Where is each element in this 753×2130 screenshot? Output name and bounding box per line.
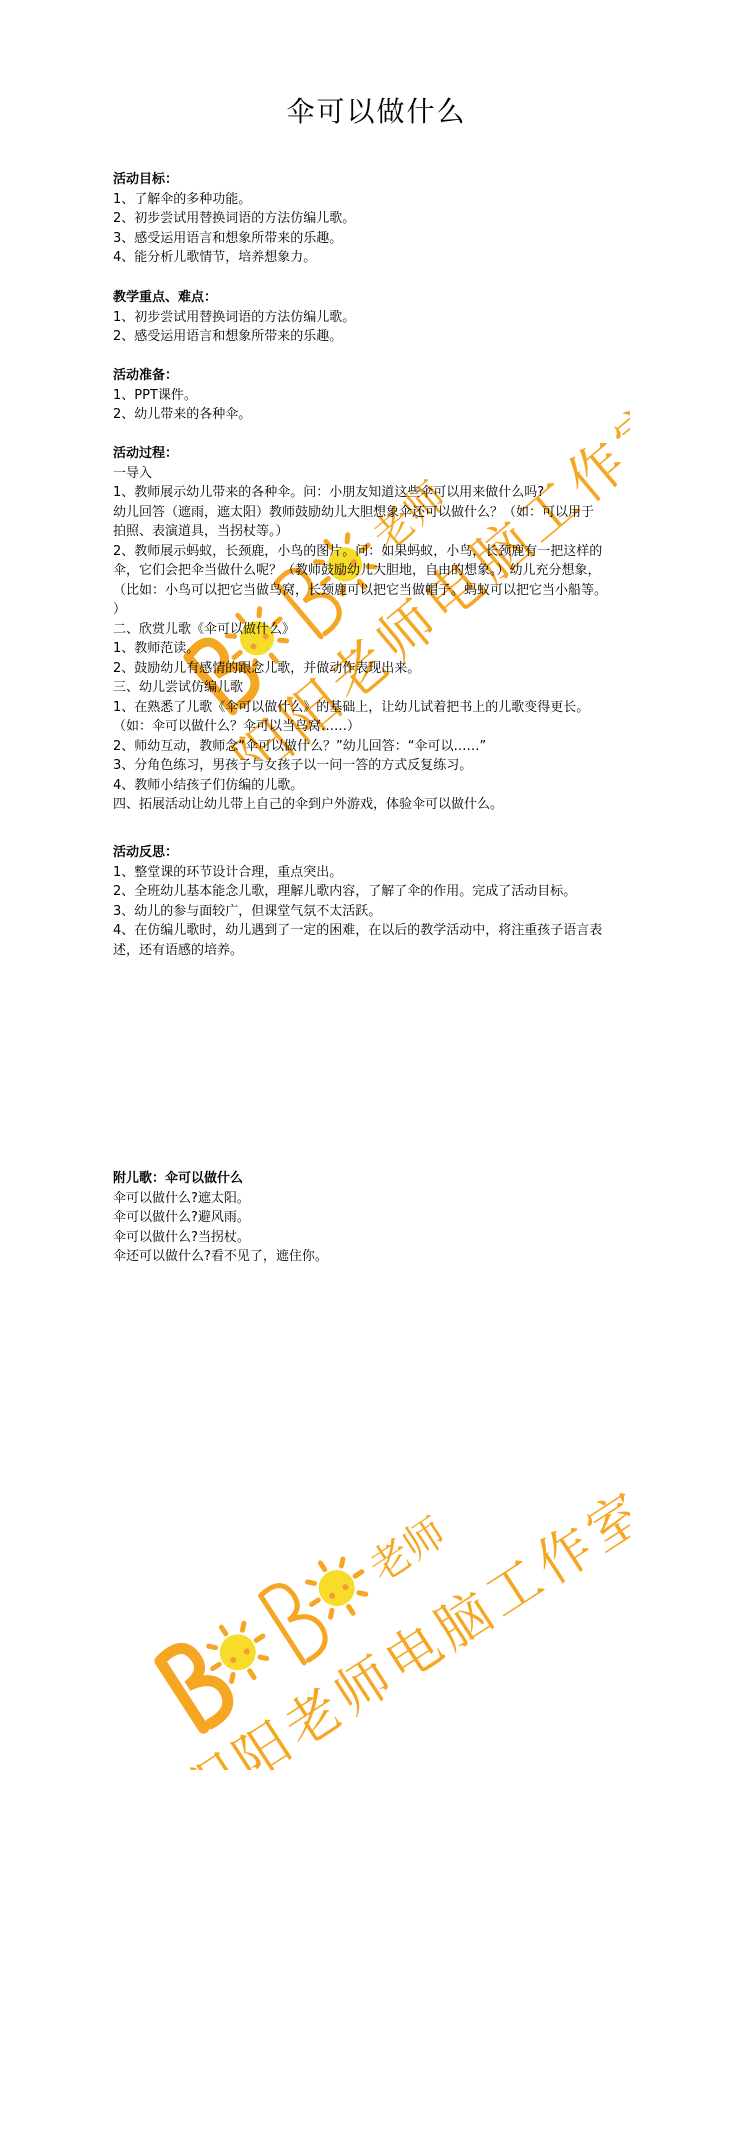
list-item: 1、教师范读。 xyxy=(113,639,673,659)
section-heading: 活动目标： xyxy=(113,170,673,190)
list-item: 3、感受运用语言和想象所带来的乐趣。 xyxy=(113,229,673,249)
list-item: 2、教师展示蚂蚁，长颈鹿，小鸟的图片。问：如果蚂蚁，小鸟，长颈鹿有一把这样的 xyxy=(113,542,673,562)
list-item: 2、全班幼儿基本能念儿歌，理解儿歌内容，了解了伞的作用。完成了活动目标。 xyxy=(113,882,673,902)
document-page: 老师 阳阳老师电脑工作室 xyxy=(0,0,753,2130)
list-item: 2、鼓励幼儿有感情的跟念儿歌，并做动作表现出来。 xyxy=(113,659,673,679)
list-item: 4、能分析儿歌情节，培养想象力。 xyxy=(113,248,673,268)
section-heading: 附儿歌：伞可以做什么 xyxy=(113,1169,673,1189)
list-item: 2、师幼互动，教师念“伞可以做什么？”幼儿回答：“伞可以……” xyxy=(113,737,673,757)
list-item: 幼儿回答（遮雨，遮太阳）教师鼓励幼儿大胆想象伞还可以做什么？（如：可以用于 xyxy=(113,503,673,523)
list-item: 4、在仿编儿歌时，幼儿遇到了一定的困难，在以后的教学活动中，将注重孩子语言表 xyxy=(113,921,673,941)
list-item: 1、整堂课的环节设计合理，重点突出。 xyxy=(113,863,673,883)
list-item: 2、感受运用语言和想象所带来的乐趣。 xyxy=(113,327,673,347)
sun-icon xyxy=(295,1547,378,1630)
section-reflection: 活动反思： 1、整堂课的环节设计合理，重点突出。 2、全班幼儿基本能念儿歌，理解… xyxy=(113,843,673,960)
section-heading: 活动过程： xyxy=(113,444,673,464)
list-item: 1、了解伞的多种功能。 xyxy=(113,190,673,210)
logo-b2-icon xyxy=(260,1576,333,1663)
list-item: 2、幼儿带来的各种伞。 xyxy=(113,405,673,425)
list-item: 二、欣赏儿歌《伞可以做什么》 xyxy=(113,620,673,640)
watermark-studio-text: 阳阳老师电脑工作室 xyxy=(173,1478,630,1770)
section-rhyme: 附儿歌：伞可以做什么 伞可以做什么?遮太阳。 伞可以做什么?避风雨。 伞可以做什… xyxy=(113,1169,673,1267)
watermark-logo-text: 老师 xyxy=(362,1509,454,1591)
section-heading: 教学重点、难点： xyxy=(113,288,673,308)
list-item: 3、分角色练习，男孩子与女孩子以一问一答的方式反复练习。 xyxy=(113,756,673,776)
list-item: 1、教师展示幼儿带来的各种伞。问：小朋友知道这些伞可以用来做什么吗? xyxy=(113,483,673,503)
list-item: 伞可以做什么?遮太阳。 xyxy=(113,1189,673,1209)
section-heading: 活动准备： xyxy=(113,366,673,386)
list-item: （如：伞可以做什么？伞可以当鸟窝……） xyxy=(113,717,673,737)
list-item: 伞可以做什么?当拐杖。 xyxy=(113,1228,673,1248)
sun-icon xyxy=(196,1611,279,1694)
list-item: 伞，它们会把伞当做什么呢？（教师鼓励幼儿大胆地，自由的想象。）幼儿充分想象， xyxy=(113,561,673,581)
document-title: 伞可以做什么 xyxy=(0,92,753,132)
list-item: 1、PPT课件。 xyxy=(113,386,673,406)
section-heading: 活动反思： xyxy=(113,843,673,863)
section-preparation: 活动准备： 1、PPT课件。 2、幼儿带来的各种伞。 xyxy=(113,366,673,425)
list-item: 1、初步尝试用替换词语的方法仿编儿歌。 xyxy=(113,308,673,328)
section-key-points: 教学重点、难点： 1、初步尝试用替换词语的方法仿编儿歌。 2、感受运用语言和想象… xyxy=(113,288,673,347)
list-item: 三、幼儿尝试仿编儿歌 xyxy=(113,678,673,698)
list-item: 1、在熟悉了儿歌《伞可以做什么》的基础上，让幼儿试着把书上的儿歌变得更长。 xyxy=(113,698,673,718)
list-item: 一导入 xyxy=(113,464,673,484)
section-goals: 活动目标： 1、了解伞的多种功能。 2、初步尝试用替换词语的方法仿编儿歌。 3、… xyxy=(113,170,673,268)
list-item: ） xyxy=(113,600,673,620)
list-item: 伞可以做什么?避风雨。 xyxy=(113,1208,673,1228)
section-process: 活动过程： 一导入 1、教师展示幼儿带来的各种伞。问：小朋友知道这些伞可以用来做… xyxy=(113,444,673,815)
list-item: 述，还有语感的培养。 xyxy=(113,941,673,961)
list-item: （比如：小鸟可以把它当做鸟窝，长颈鹿可以把它当做帽子。蚂蚁可以把它当小船等。 xyxy=(113,581,673,601)
list-item: 拍照、表演道具，当拐杖等。） xyxy=(113,522,673,542)
list-item: 伞还可以做什么?看不见了，遮住你。 xyxy=(113,1247,673,1267)
list-item: 3、幼儿的参与面较广，但课堂气氛不太活跃。 xyxy=(113,902,673,922)
list-item: 2、初步尝试用替换词语的方法仿编儿歌。 xyxy=(113,209,673,229)
logo-b-icon xyxy=(159,1639,236,1729)
list-item: 4、教师小结孩子们仿编的儿歌。 xyxy=(113,776,673,796)
watermark-bottom: 老师 阳阳老师电脑工作室 xyxy=(150,1430,630,1770)
list-item: 四、拓展活动让幼儿带上自己的伞到户外游戏，体验伞可以做什么。 xyxy=(113,795,673,815)
